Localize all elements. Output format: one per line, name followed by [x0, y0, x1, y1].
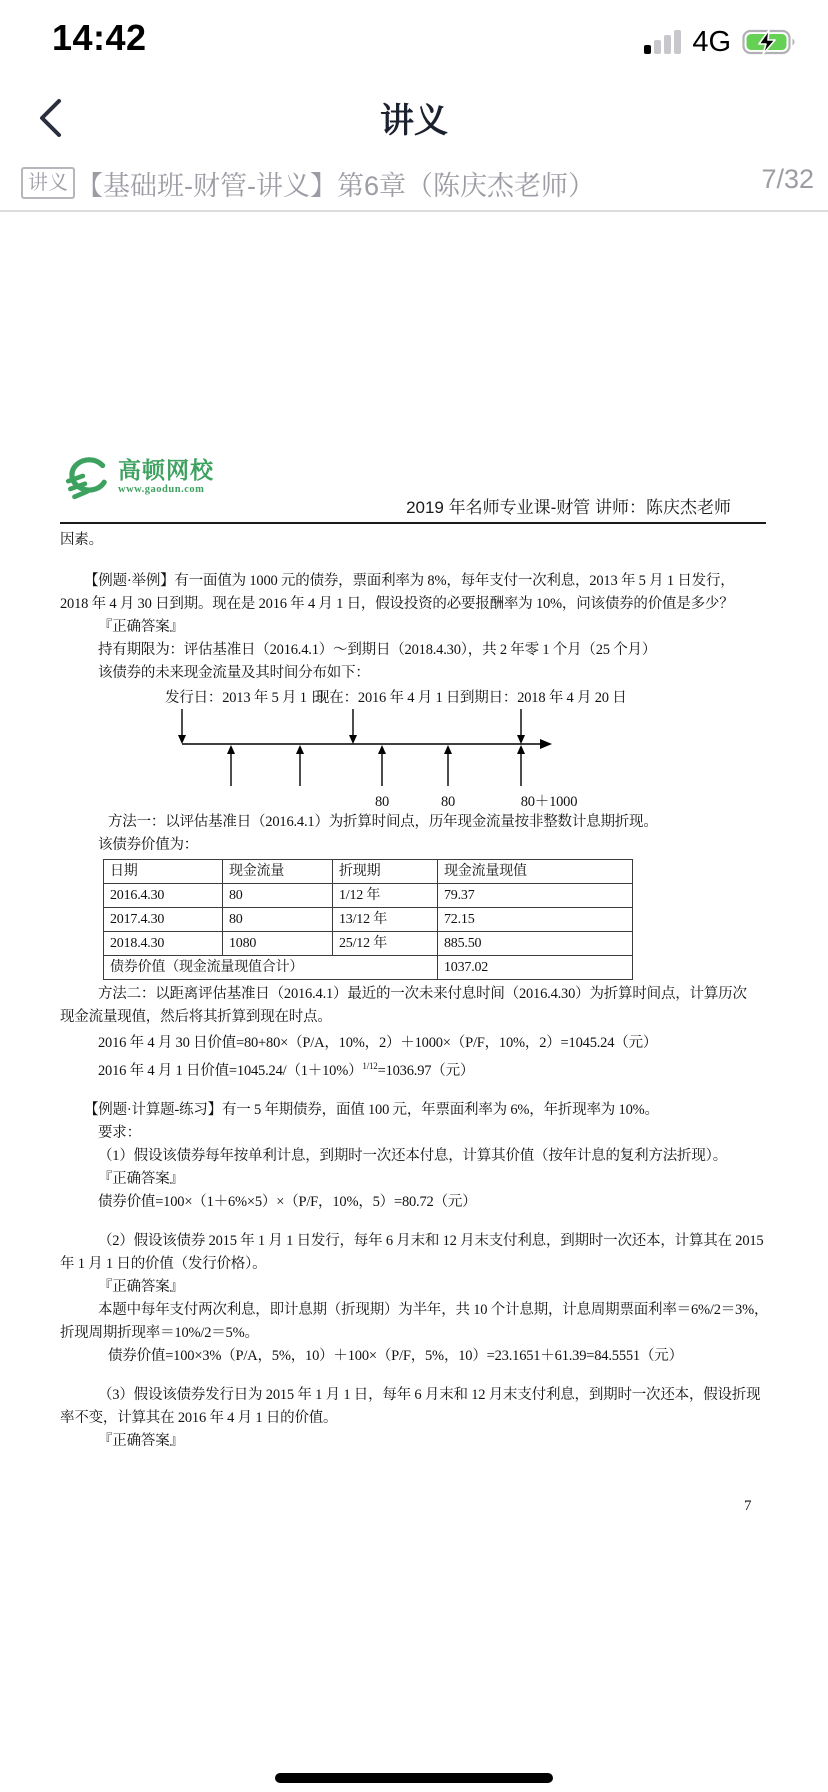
table-cell: 2017.4.30	[104, 908, 223, 932]
doc-line: 现金流量现值，然后将其折算到现在时点。	[60, 1006, 720, 1029]
table-row: 2018.4.30108025/12 年885.50	[104, 932, 633, 956]
table-footer-row: 债券价值（现金流量现值合计）1037.02	[104, 956, 633, 980]
doc-line: 『正确答案』	[60, 1430, 720, 1453]
document-body: 因素。【例题·举例】有一面值为 1000 元的债券，票面利率为 8%，每年支付一…	[60, 529, 720, 1453]
doc-line: 债券价值=100×（1＋6%×5）×（P/F，10%，5）=80.72（元）	[60, 1191, 720, 1214]
doc-line: （3）假设该债券发行日为 2015 年 1 月 1 日，每年 6 月末和 12 …	[60, 1384, 720, 1407]
doc-line: 要求：	[60, 1122, 720, 1145]
timeline-issue-label: 发行日：2013 年 5 月 1 日	[165, 688, 325, 706]
doc-line: 方法一：以评估基准日（2016.4.1）为折算时间点，历年现金流量按非整数计息期…	[60, 811, 720, 834]
doc-line: 年 1 月 1 日的价值（发行价格）。	[60, 1253, 720, 1276]
timeline-flow-label: 80	[375, 794, 389, 809]
doc-line: 2016 年 4 月 30 日价值=80+80×（P/A，10%，2）＋1000…	[60, 1032, 720, 1055]
document-viewport[interactable]: 高顿网校 www.gaodun.com 2019 年名师专业课-财管 讲师：陈庆…	[0, 212, 828, 1792]
table-cell: 885.50	[438, 932, 633, 956]
timeline-flow-label: 80＋1000	[521, 794, 578, 809]
doc-line: 【例题·计算题-练习】有一 5 年期债券，面值 100 元，年票面利率为 6%，…	[60, 1099, 720, 1122]
doc-line: （2）假设该债券 2015 年 1 月 1 日发行，每年 6 月末和 12 月末…	[60, 1230, 720, 1253]
timeline-maturity-label: 到期日：2018 年 4 月 20 日	[460, 688, 627, 706]
doc-line: 【例题·举例】有一面值为 1000 元的债券，票面利率为 8%，每年支付一次利息…	[60, 570, 720, 593]
course-header: 2019 年名师专业课-财管 讲师：陈庆杰老师	[406, 493, 731, 518]
doc-lines-block-b: 方法一：以评估基准日（2016.4.1）为折算时间点，历年现金流量按非整数计息期…	[60, 811, 720, 857]
signal-strength-icon	[644, 30, 681, 54]
doc-line: 该债券的未来现金流量及其时间分布如下：	[60, 662, 720, 685]
gaodun-logo-icon	[62, 452, 112, 502]
doc-line: 『正确答案』	[60, 1276, 720, 1299]
table-cell: 80	[223, 908, 333, 932]
doc-lines-block-c: 方法二：以距离评估基准日（2016.4.1）最近的一次未来付息时间（2016.4…	[60, 983, 720, 1453]
doc-line: 2016 年 4 月 1 日价值=1045.24/（1＋10%）1/12=103…	[60, 1055, 720, 1083]
doc-line: 因素。	[60, 529, 720, 552]
doc-line: 持有期限为：评估基准日（2016.4.1）～到期日（2018.4.30），共 2…	[60, 639, 720, 662]
table-cell: 2018.4.30	[104, 932, 223, 956]
table-cell: 79.37	[438, 884, 633, 908]
doc-line: 率不变，计算其在 2016 年 4 月 1 日的价值。	[60, 1407, 720, 1430]
table-header-cell: 日期	[104, 860, 223, 884]
table-row: 2016.4.30801/12 年79.37	[104, 884, 633, 908]
page-number: 7	[744, 1498, 752, 1515]
doc-line: （1）假设该债券每年按单利计息，到期时一次还本付息，计算其价值（按年计息的复利方…	[60, 1145, 720, 1168]
header-divider	[60, 522, 766, 524]
brand-name: 高顿网校	[118, 459, 214, 482]
table-cell: 25/12 年	[333, 932, 438, 956]
nav-bar: 讲义	[0, 75, 828, 160]
table-cell: 1080	[223, 932, 333, 956]
lecture-tag-badge: 讲义	[21, 167, 75, 199]
cash-flow-table: 日期现金流量折现期现金流量现值 2016.4.30801/12 年79.3720…	[103, 859, 633, 980]
doc-info-bar: 讲义 【基础班-财管-讲义】第6章（陈庆杰老师） 7/32	[0, 160, 828, 211]
battery-charging-icon	[742, 28, 798, 56]
gaodun-logo: 高顿网校 www.gaodun.com	[62, 452, 214, 502]
timeline-diagram: 发行日：2013 年 5 月 1 日 现在：2016 年 4 月 1 日 到期日…	[100, 687, 660, 809]
doc-line: 该债券价值为：	[60, 834, 720, 857]
doc-line: 折现周期折现率＝10%/2＝5%。	[60, 1322, 720, 1345]
doc-line: 『正确答案』	[60, 1168, 720, 1191]
table-cell: 13/12 年	[333, 908, 438, 932]
doc-line: 方法二：以距离评估基准日（2016.4.1）最近的一次未来付息时间（2016.4…	[60, 983, 720, 1006]
brand-url: www.gaodun.com	[118, 485, 214, 496]
home-indicator[interactable]	[275, 1773, 553, 1783]
table-header-cell: 现金流量	[223, 860, 333, 884]
doc-lines-block-a: 因素。【例题·举例】有一面值为 1000 元的债券，票面利率为 8%，每年支付一…	[60, 529, 720, 685]
table-cell: 1/12 年	[333, 884, 438, 908]
doc-line: 2018 年 4 月 30 日到期。现在是 2016 年 4 月 1 日，假设投…	[60, 593, 720, 616]
doc-line: 『正确答案』	[60, 616, 720, 639]
time-display: 14:42	[52, 17, 147, 59]
network-type-label: 4G	[692, 26, 731, 59]
table-header-cell: 折现期	[333, 860, 438, 884]
table-row: 2017.4.308013/12 年72.15	[104, 908, 633, 932]
table-header-cell: 现金流量现值	[438, 860, 633, 884]
timeline-now-label: 现在：2016 年 4 月 1 日	[315, 688, 460, 706]
table-footer-value: 1037.02	[438, 956, 633, 980]
table-cell: 72.15	[438, 908, 633, 932]
status-icons: 4G	[644, 26, 798, 58]
nav-title: 讲义	[0, 93, 828, 142]
table-cell: 2016.4.30	[104, 884, 223, 908]
page-indicator: 7/32	[761, 164, 814, 195]
table-footer-label: 债券价值（现金流量现值合计）	[104, 956, 438, 980]
status-bar: 14:42 4G	[0, 0, 828, 75]
timeline-flow-label: 80	[441, 794, 455, 809]
table-cell: 80	[223, 884, 333, 908]
doc-line: 本题中每年支付两次利息，即计息期（折现期）为半年，共 10 个计息期，计息周期票…	[60, 1299, 720, 1322]
document-title: 【基础班-财管-讲义】第6章（陈庆杰老师）	[76, 164, 708, 203]
doc-line: 债券价值=100×3%（P/A，5%，10）＋100×（P/F，5%，10）=2…	[60, 1345, 720, 1368]
